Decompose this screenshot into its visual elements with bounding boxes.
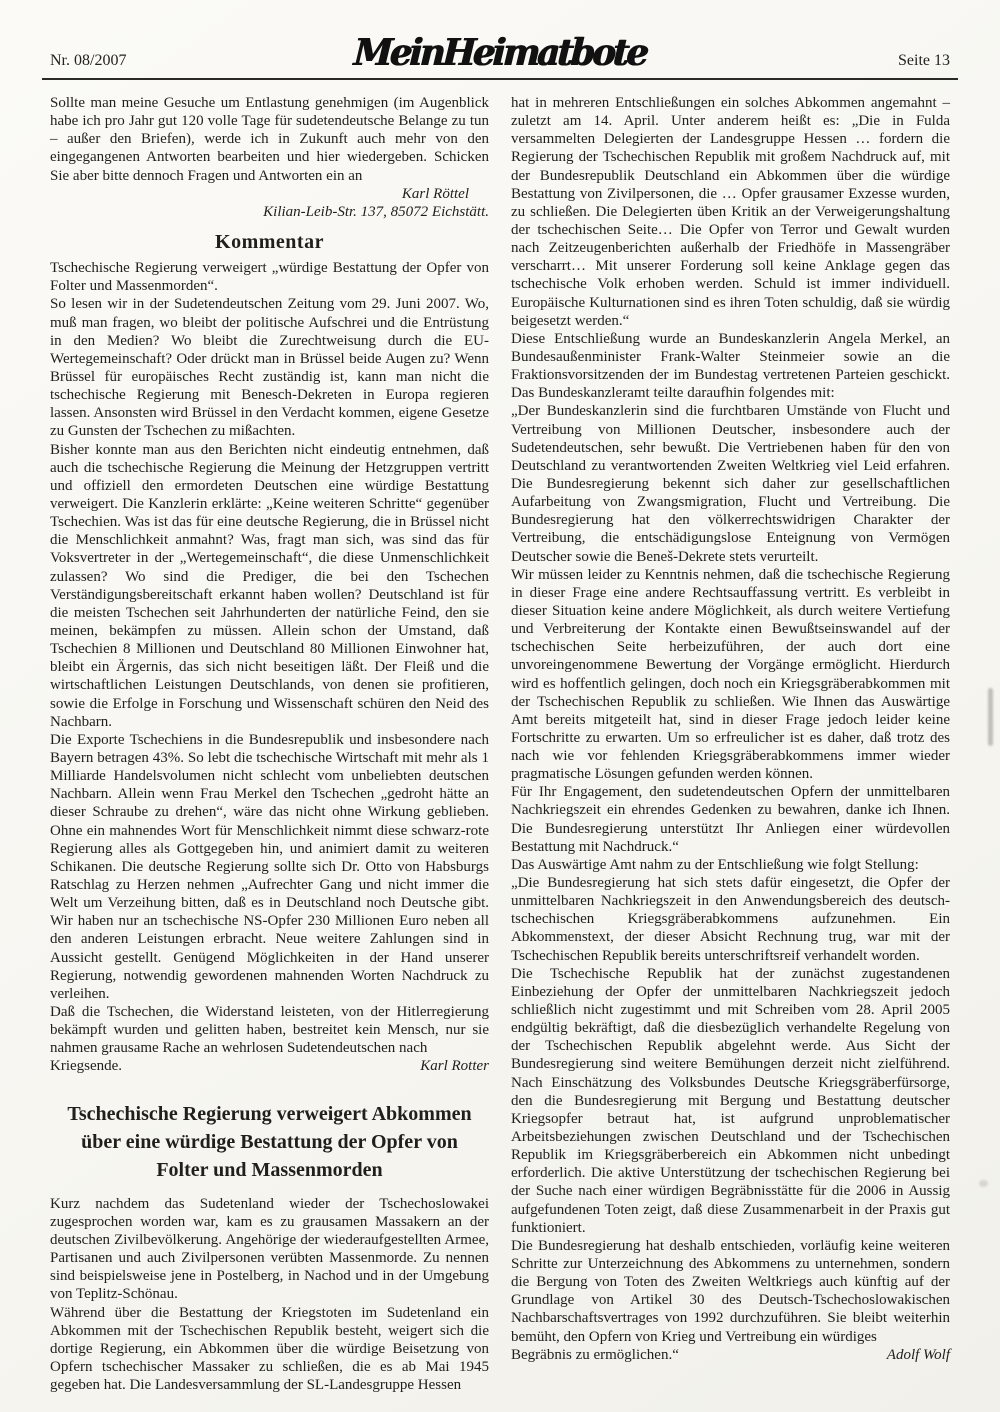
article2-paragraph: hat in mehreren Entschließungen ein solc… [511,94,950,330]
kommentar-paragraph: Bisher konnte man aus den Berichten nich… [50,441,489,731]
article2-heading-line1: Tschechische Regierung verweigert Abkomm… [56,1100,483,1128]
page-header: Nr. 08/2007 MeinHeimatbote Seite 13 [0,0,1000,78]
scan-artifact [988,688,993,746]
article2-author: Adolf Wolf [887,1346,950,1364]
intro-signature-address: Kilian-Leib-Str. 137, 85072 Eichstätt. [50,203,489,221]
article2-heading-line3: Folter und Massenmorden [56,1156,483,1184]
page-number: Seite 13 [898,52,950,70]
masthead-logo: MeinHeimatbote [353,30,647,74]
article2-paragraph: Das Auswärtige Amt nahm zu der Entschlie… [511,856,950,874]
kommentar-last-words: Kriegsende. [50,1057,122,1075]
article2-last-words: Begräbnis zu ermöglichen.“ [511,1346,679,1364]
article2-heading: Tschechische Regierung verweigert Abkomm… [56,1100,483,1185]
article2-paragraph: „Die Bundesregierung hat sich stets dafü… [511,874,950,965]
kommentar-paragraph: So lesen wir in der Sudetendeutschen Zei… [50,295,489,440]
issue-number: Nr. 08/2007 [50,52,126,70]
article2-paragraph: Kurz nachdem das Sudetenland wieder der … [50,1195,489,1304]
article2-heading-line2: über eine würdige Bestattung der Opfer v… [56,1128,483,1156]
article2-paragraph: Diese Entschließung wurde an Bundeskanzl… [511,330,950,403]
kommentar-paragraph: Tschechische Regierung verweigert „würdi… [50,259,489,295]
intro-paragraph: Sollte man meine Gesuche um Entlastung g… [50,94,489,185]
article2-paragraph: Für Ihr Engagement, den sudetendeutschen… [511,783,950,856]
article2-paragraph: Die Tschechische Republik hat der zunäch… [511,965,950,1237]
kommentar-author: Karl Rotter [420,1057,489,1075]
article-columns: Sollte man meine Gesuche um Entlastung g… [0,80,1000,1394]
right-column: hat in mehreren Entschließungen ein solc… [511,94,950,1394]
article2-paragraph: Die Bundesregierung hat deshalb entschie… [511,1237,950,1346]
article2-paragraph: „Der Bundeskanzlerin sind die furchtbare… [511,402,950,565]
kommentar-signature-row: Kriegsende. Karl Rotter [50,1057,489,1075]
article2-paragraph: Während über die Bestattung der Kriegsto… [50,1304,489,1395]
scan-artifact [979,1180,988,1187]
kommentar-paragraph: Daß die Tschechen, die Widerstand leiste… [50,1003,489,1057]
kommentar-paragraph: Die Exporte Tschechiens in die Bundesrep… [50,731,489,1003]
newspaper-page: Nr. 08/2007 MeinHeimatbote Seite 13 Soll… [0,0,1000,1412]
left-column: Sollte man meine Gesuche um Entlastung g… [50,94,489,1394]
article2-paragraph: Wir müssen leider zu Kenntnis nehmen, da… [511,566,950,784]
article2-signature-row: Begräbnis zu ermöglichen.“ Adolf Wolf [511,1346,950,1364]
intro-signature-name: Karl Röttel [50,185,489,203]
kommentar-heading: Kommentar [50,230,489,254]
